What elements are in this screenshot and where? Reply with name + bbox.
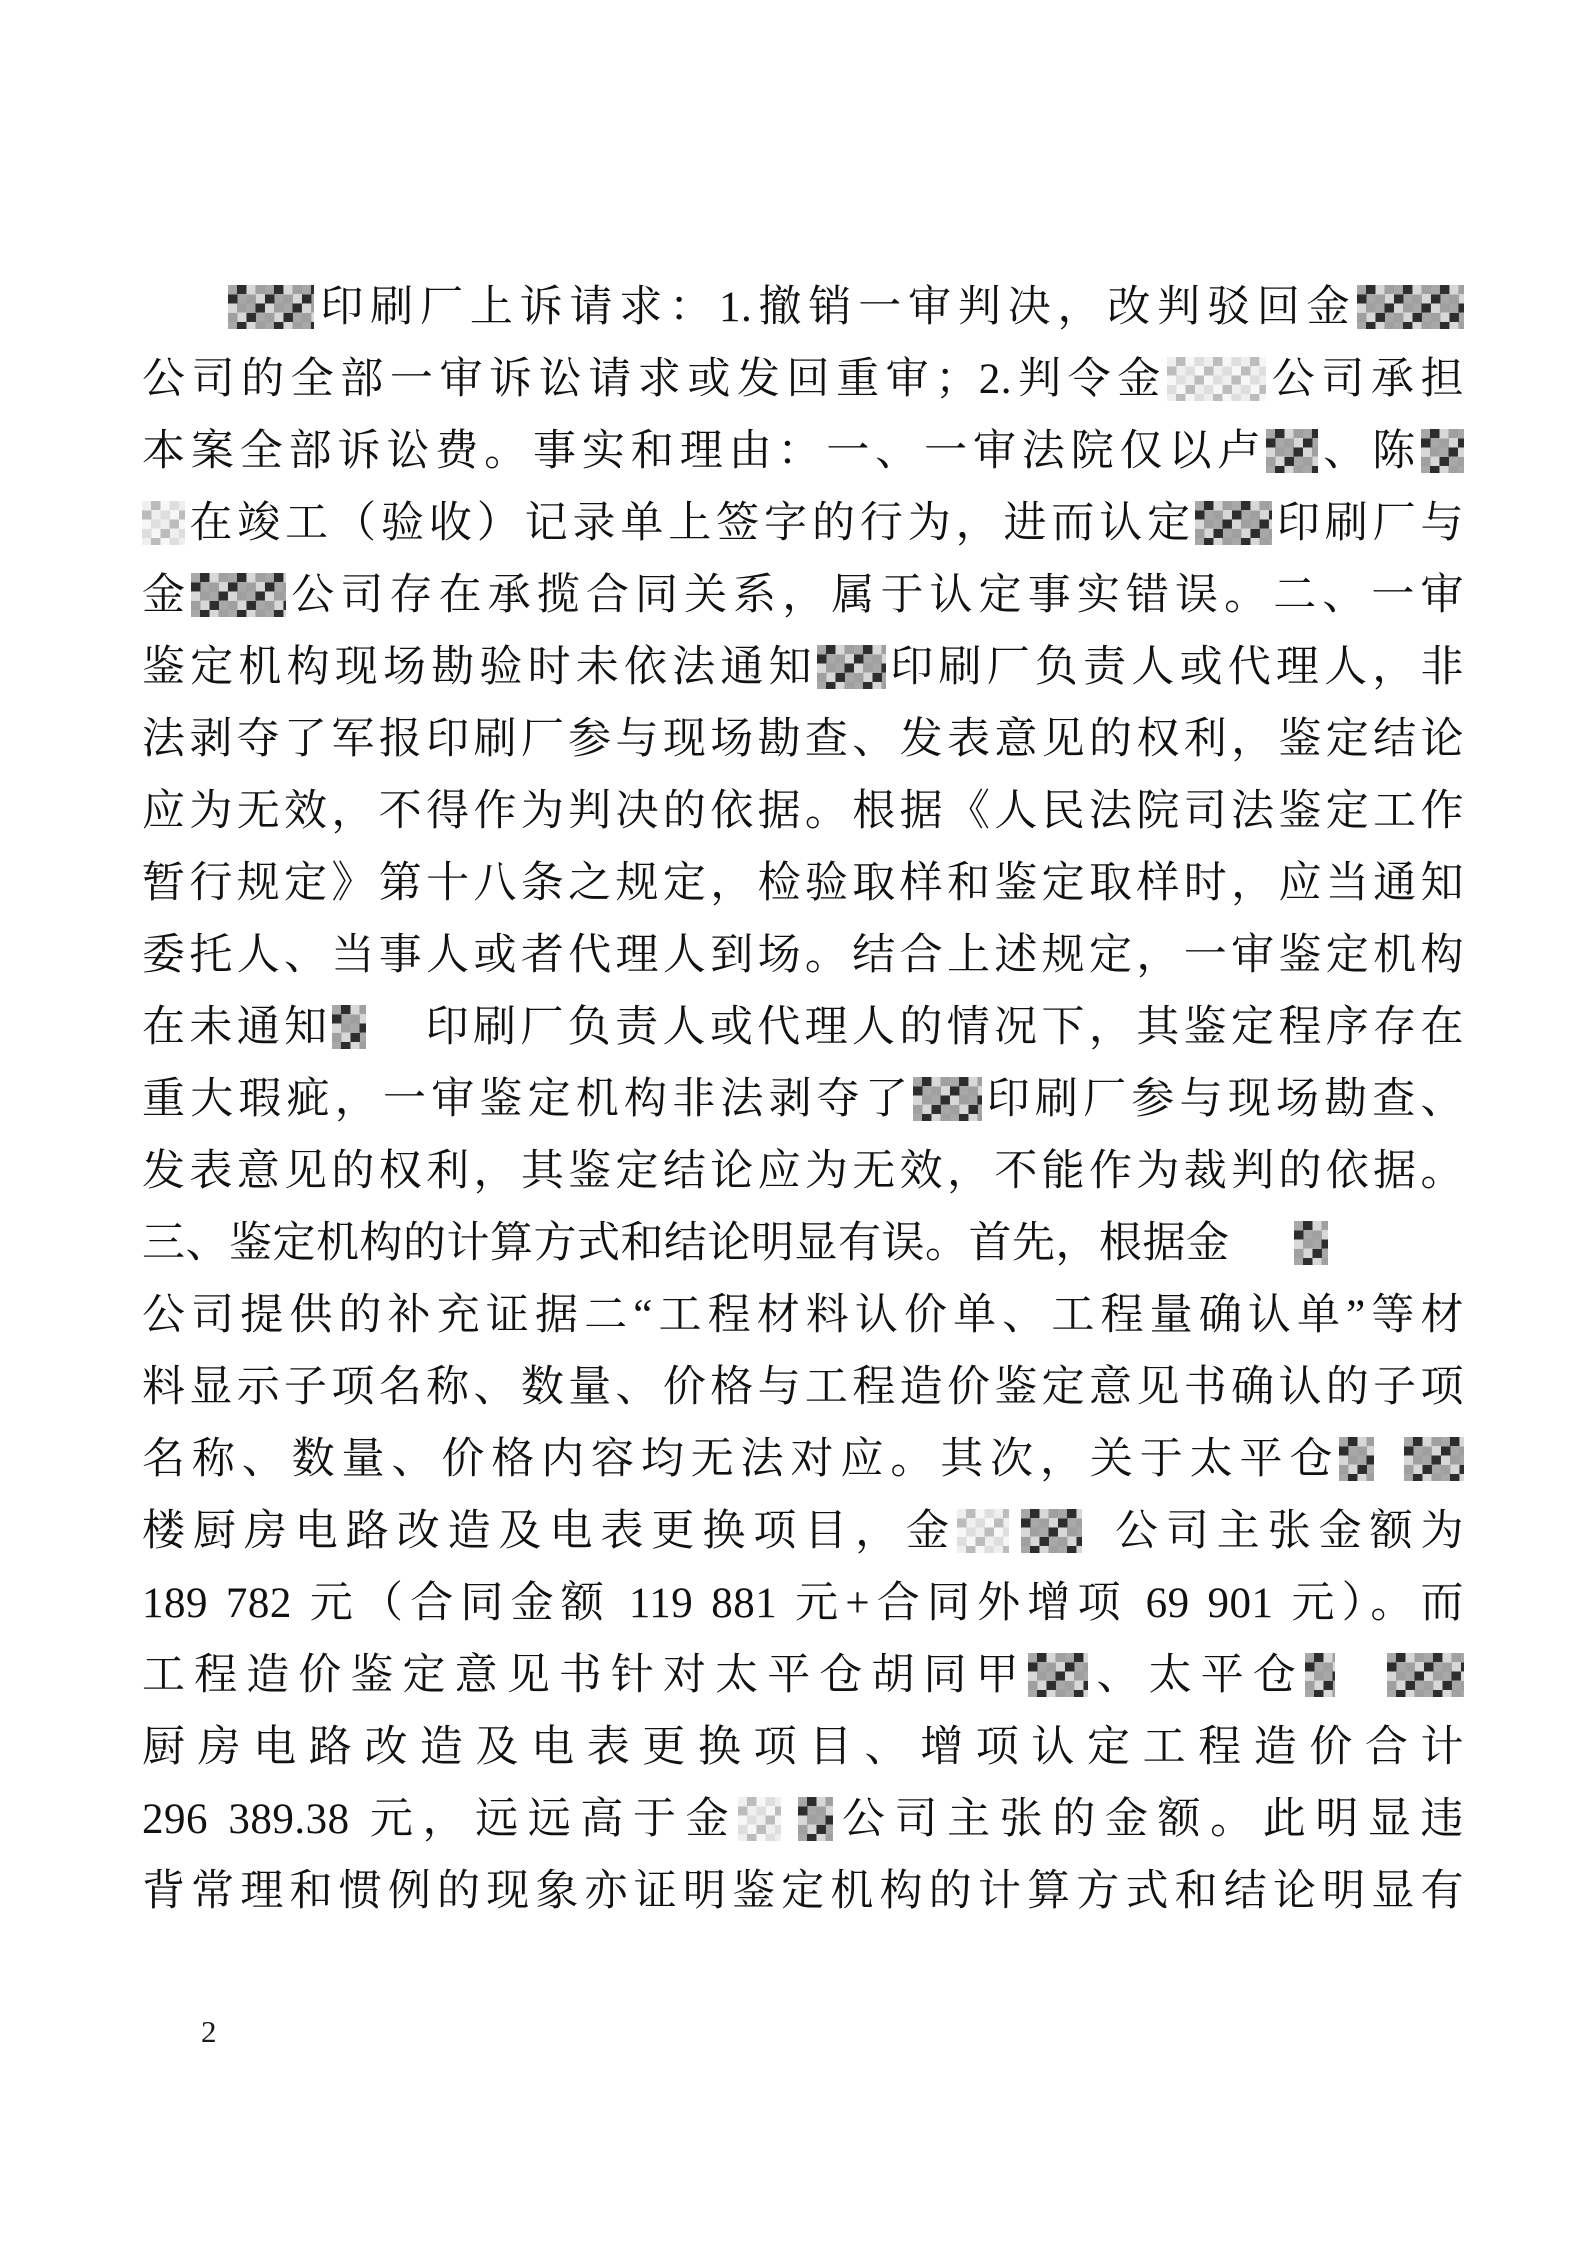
- text-line: 应为无效，不得作为判决的依据。根据《人民法院司法鉴定工作: [142, 776, 1464, 848]
- text-segment: 厨房电路改造及电表更换项目、增项认定工程造价合计: [142, 1724, 1464, 1771]
- spacer: [1335, 1688, 1387, 1689]
- text-line: 委托人、当事人或者代理人到场。结合上述规定，一审鉴定机构: [142, 920, 1464, 992]
- page-number: 2: [201, 2012, 217, 2052]
- redaction-block: [1404, 1437, 1464, 1481]
- redaction-block: [1421, 429, 1464, 473]
- text-line: 重大瑕疵，一审鉴定机构非法剥夺了印刷厂参与现场勘查、: [142, 1064, 1464, 1136]
- text-line: 296 389.38 元，远远高于金公司主张的金额。此明显违: [142, 1784, 1464, 1856]
- spacer: [1009, 1544, 1022, 1545]
- text-line: 发表意见的权利，其鉴定结论应为无效，不能作为裁判的依据。: [142, 1136, 1464, 1208]
- redaction-block: [1357, 285, 1465, 329]
- text-line: 公司提供的补充证据二“工程材料认价单、工程量确认单”等材: [142, 1280, 1464, 1352]
- text-line: 楼厨房电路改造及电表更换项目，金公司主张金额为: [142, 1496, 1464, 1568]
- text-line: 189 782 元（合同金额 119 881 元+合同外增项 69 901 元）…: [142, 1568, 1464, 1640]
- redaction-block: [738, 1797, 781, 1841]
- redaction-block: [1021, 1509, 1081, 1553]
- text-segment: 印刷厂上诉请求：1.撤销一审判决，改判驳回金: [314, 284, 1357, 331]
- redaction-block: [332, 1005, 366, 1049]
- text-segment: 委托人、当事人或者代理人到场。结合上述规定，一审鉴定机构: [142, 932, 1464, 979]
- text-line: 法剥夺了军报印刷厂参与现场勘查、发表意见的权利，鉴定结论: [142, 704, 1464, 776]
- redaction-block: [913, 1077, 982, 1121]
- text-segment: 印刷厂负责人或代理人，非: [886, 644, 1464, 691]
- text-segment: 、太平仓: [1088, 1652, 1305, 1699]
- spacer: [366, 1040, 422, 1041]
- text-segment: 暂行规定》第十八条之规定，检验取样和鉴定取样时，应当通知: [142, 860, 1464, 907]
- redaction-block: [1294, 1221, 1328, 1265]
- text-segment: 背常理和惯例的现象亦证明鉴定机构的计算方式和结论明显有: [142, 1868, 1464, 1915]
- text-line: 工程造价鉴定意见书针对太平仓胡同甲、太平仓: [142, 1640, 1464, 1712]
- text-line: 名称、数量、价格内容均无法对应。其次，关于太平仓: [142, 1424, 1464, 1496]
- text-segment: 公司承担: [1266, 356, 1464, 403]
- spacer: [781, 1832, 798, 1833]
- redaction-block: [798, 1797, 832, 1841]
- redaction-block: [1195, 501, 1272, 545]
- text-line: 印刷厂上诉请求：1.撤销一审判决，改判驳回金: [142, 272, 1464, 344]
- text-segment: 名称、数量、价格内容均无法对应。其次，关于太平仓: [142, 1436, 1339, 1483]
- redaction-block: [1028, 1653, 1088, 1697]
- text-segment: 三、鉴定机构的计算方式和结论明显有误。首先，根据金: [142, 1220, 1230, 1267]
- text-line: 料显示子项名称、数量、价格与工程造价鉴定意见书确认的子项: [142, 1352, 1464, 1424]
- text-segment: 法剥夺了军报印刷厂参与现场勘查、发表意见的权利，鉴定结论: [142, 716, 1464, 763]
- text-line: 本案全部诉讼费。事实和理由：一、一审法院仅以卢、陈: [142, 416, 1464, 488]
- text-segment: 金: [142, 572, 191, 619]
- redaction-block: [1167, 357, 1266, 401]
- document-page: 印刷厂上诉请求：1.撤销一审判决，改判驳回金公司的全部一审诉讼请求或发回重审；2…: [0, 0, 1587, 2247]
- body-text: 印刷厂上诉请求：1.撤销一审判决，改判驳回金公司的全部一审诉讼请求或发回重审；2…: [142, 272, 1464, 1928]
- text-segment: 发表意见的权利，其鉴定结论应为无效，不能作为裁判的依据。: [142, 1148, 1464, 1195]
- text-segment: 189 782 元（合同金额 119 881 元+合同外增项 69 901 元）…: [142, 1580, 1464, 1627]
- text-line: 背常理和惯例的现象亦证明鉴定机构的计算方式和结论明显有: [142, 1856, 1464, 1928]
- text-line: 厨房电路改造及电表更换项目、增项认定工程造价合计: [142, 1712, 1464, 1784]
- text-segment: 、陈: [1318, 428, 1421, 475]
- text-segment: 公司主张金额为: [1107, 1508, 1464, 1555]
- text-segment: 工程造价鉴定意见书针对太平仓胡同甲: [142, 1652, 1028, 1699]
- text-segment: 料显示子项名称、数量、价格与工程造价鉴定意见书确认的子项: [142, 1364, 1464, 1411]
- text-segment: 公司存在承揽合同关系，属于认定事实错误。二、一审: [286, 572, 1464, 619]
- redaction-block: [817, 645, 886, 689]
- redaction-block: [142, 501, 185, 545]
- redaction-block: [1387, 1653, 1464, 1697]
- text-segment: 公司提供的补充证据二“工程材料认价单、工程量确认单”等材: [142, 1292, 1464, 1339]
- text-segment: 应为无效，不得作为判决的依据。根据《人民法院司法鉴定工作: [142, 788, 1464, 835]
- text-line: 在竣工（验收）记录单上签字的行为，进而认定印刷厂与: [142, 488, 1464, 560]
- text-segment: 296 389.38 元，远远高于金: [142, 1796, 738, 1843]
- text-segment: 印刷厂参与现场勘查、: [982, 1076, 1464, 1123]
- text-segment: 公司主张的金额。此明显违: [833, 1796, 1464, 1843]
- redaction-block: [1305, 1653, 1335, 1697]
- text-segment: 楼厨房电路改造及电表更换项目，金: [142, 1508, 957, 1555]
- text-segment: 在竣工（验收）记录单上签字的行为，进而认定: [185, 500, 1195, 547]
- redaction-block: [228, 285, 314, 329]
- text-line: 金公司存在承揽合同关系，属于认定事实错误。二、一审: [142, 560, 1464, 632]
- text-segment: 公司的全部一审诉讼请求或发回重审；2.判令金: [142, 356, 1167, 403]
- text-line: 公司的全部一审诉讼请求或发回重审；2.判令金公司承担: [142, 344, 1464, 416]
- redaction-block: [957, 1509, 1009, 1553]
- spacer: [1230, 1256, 1295, 1257]
- redaction-block: [191, 573, 286, 617]
- text-segment: 重大瑕疵，一审鉴定机构非法剥夺了: [142, 1076, 913, 1123]
- text-segment: 在未通知: [142, 1004, 332, 1051]
- spacer: [1082, 1544, 1108, 1545]
- redaction-block: [1339, 1437, 1373, 1481]
- text-segment: 鉴定机构现场勘验时未依法通知: [142, 644, 817, 691]
- text-segment: 印刷厂负责人或代理人的情况下，其鉴定程序存在: [422, 1004, 1464, 1051]
- text-line: 鉴定机构现场勘验时未依法通知印刷厂负责人或代理人，非: [142, 632, 1464, 704]
- spacer: [1374, 1472, 1404, 1473]
- text-line: 三、鉴定机构的计算方式和结论明显有误。首先，根据金: [142, 1208, 1464, 1280]
- text-line: 在未通知印刷厂负责人或代理人的情况下，其鉴定程序存在: [142, 992, 1464, 1064]
- redaction-block: [1266, 429, 1318, 473]
- text-line: 暂行规定》第十八条之规定，检验取样和鉴定取样时，应当通知: [142, 848, 1464, 920]
- text-segment: 印刷厂与: [1272, 500, 1464, 547]
- text-segment: 本案全部诉讼费。事实和理由：一、一审法院仅以卢: [142, 428, 1266, 475]
